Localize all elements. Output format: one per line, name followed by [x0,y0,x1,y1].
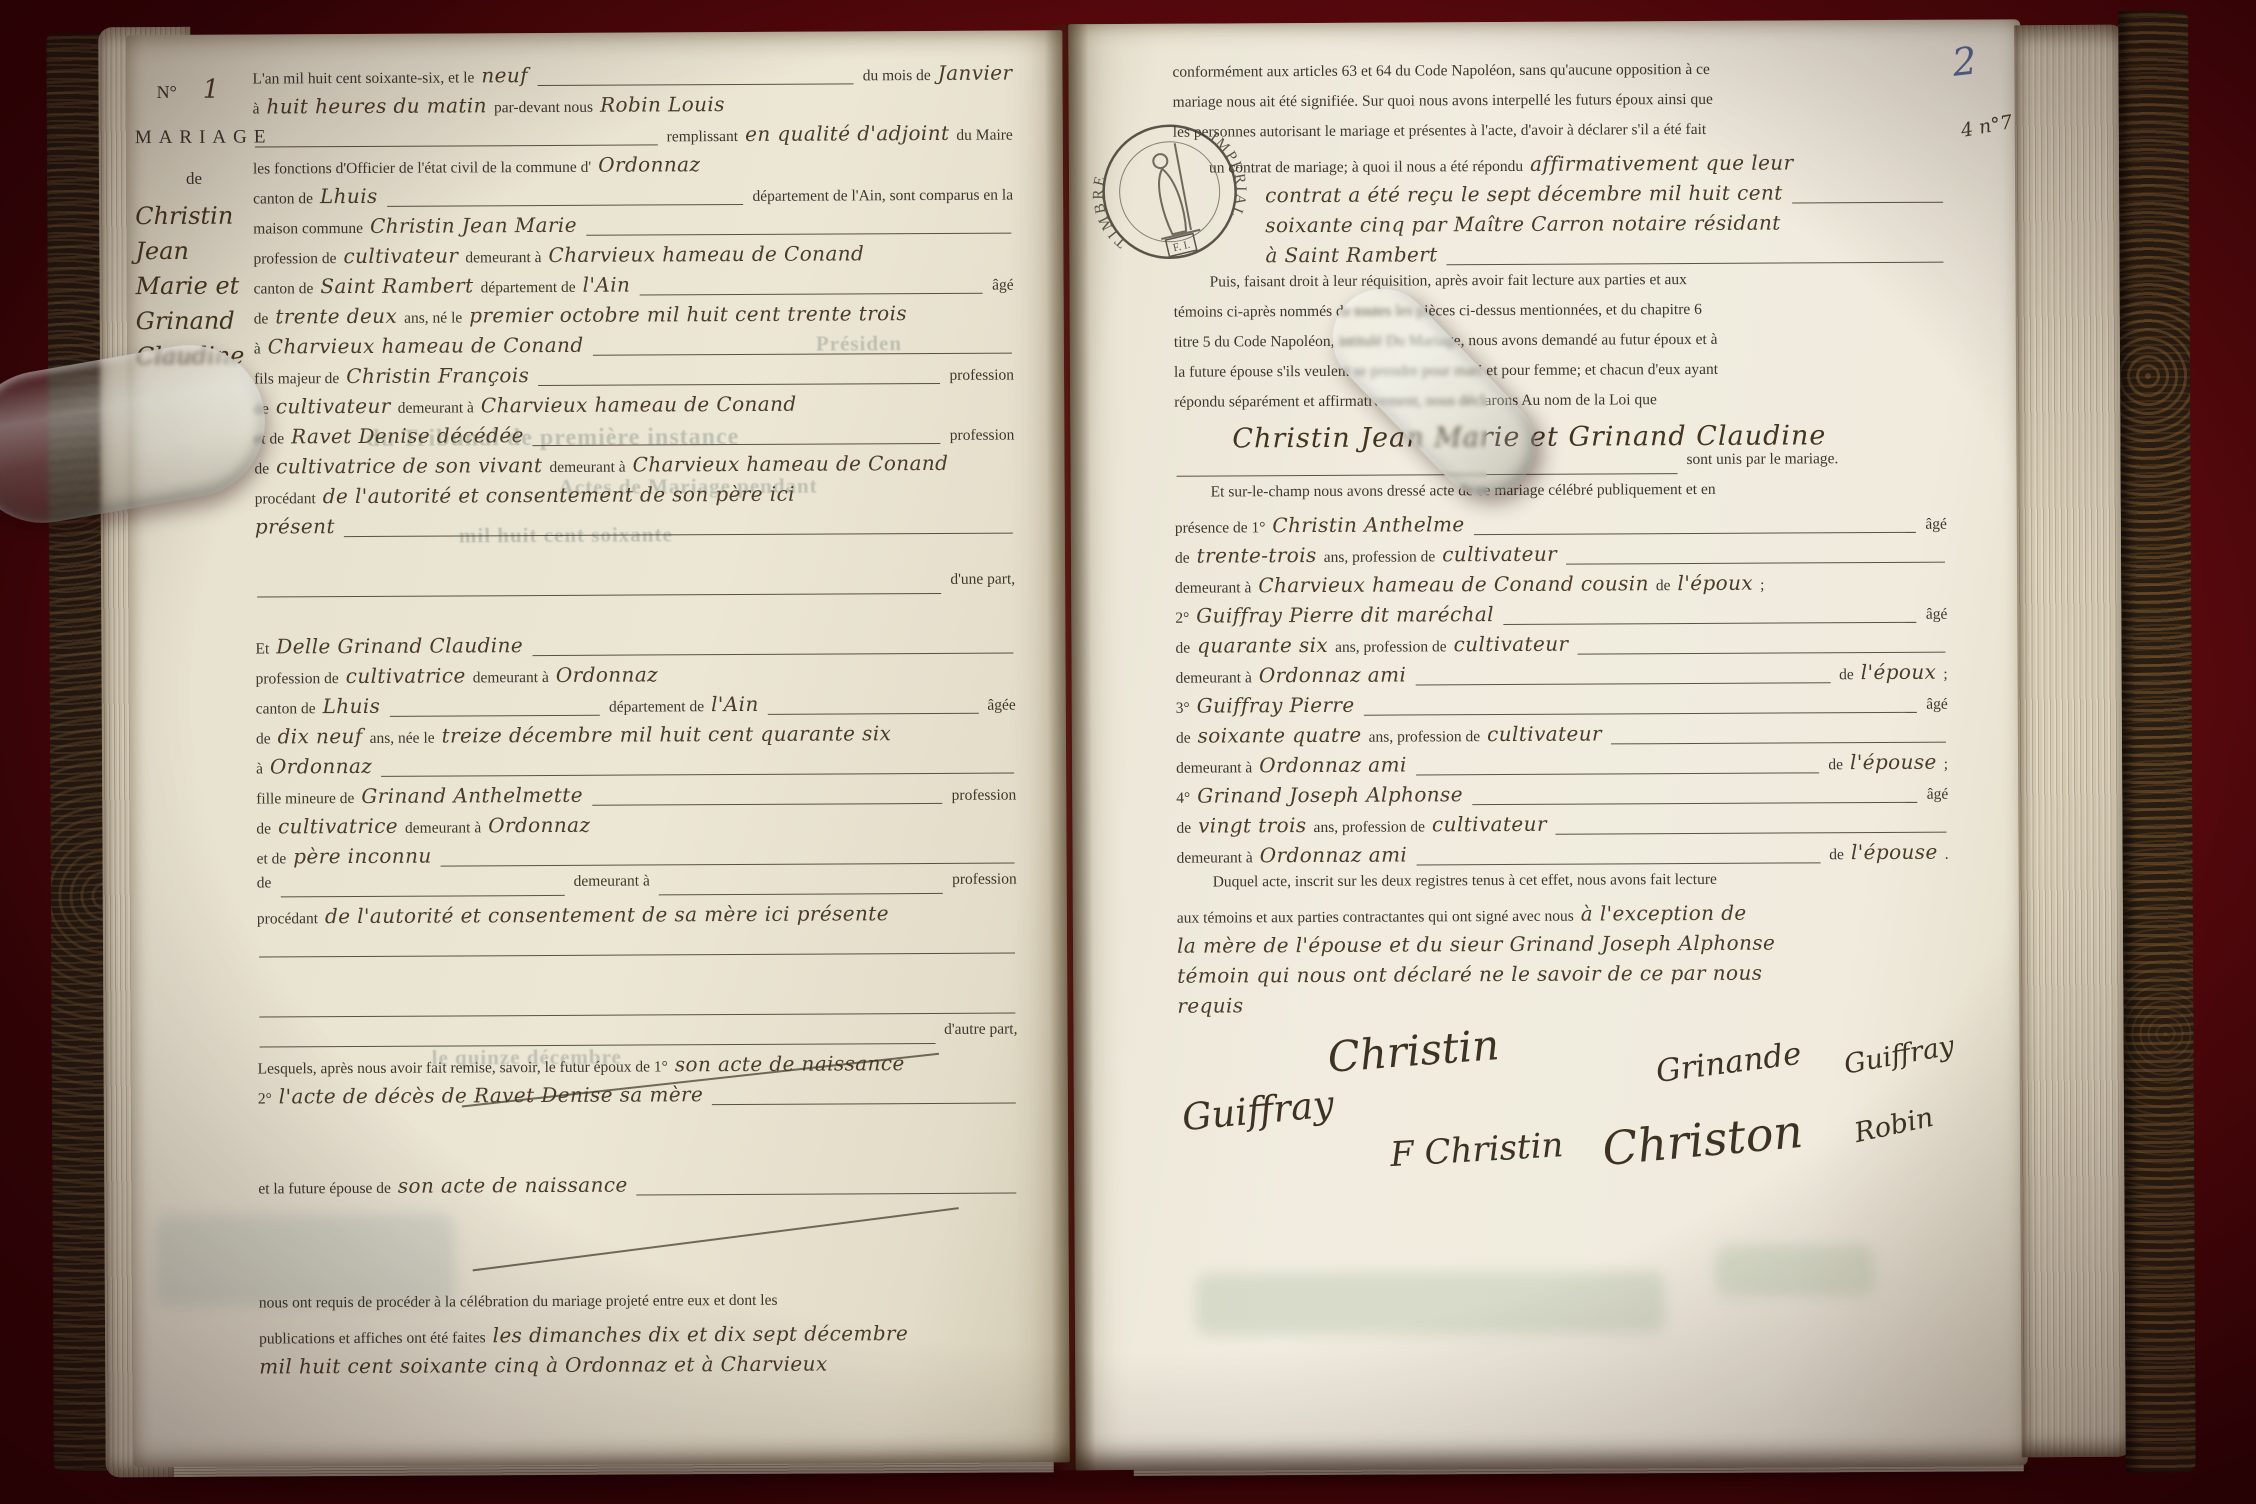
handwritten-text: mil huit cent soixante cinq à Ordonnaz e… [259,1352,827,1379]
printed-text: procédant [257,910,318,928]
printed-text: département de l'Ain, sont comparus en l… [752,187,1013,206]
handwritten-text: Lhuis [323,694,381,718]
printed-text: publications et affiches ont été faites [259,1329,486,1348]
printed-text: nous ont requis de procéder à la célébra… [259,1292,778,1313]
form-line: 4°Grinand Joseph Alphonseâgé [1176,780,1948,814]
handwritten-text: la mère de l'épouse et du sieur Grinand … [1177,931,1775,958]
printed-text: âgé [1925,516,1947,534]
printed-text: 4° [1176,790,1190,808]
ruled-blank [1792,202,1943,204]
handwritten-text: à l'exception de [1581,901,1747,926]
printed-text: fille mineure de [256,790,354,809]
form-line: decultivatricedemeurant àOrdonnaz [256,811,1016,845]
printed-text: ; [1760,577,1764,595]
register-book: N°1 MARIAGE de Christin JeanMarie etGrin… [46,10,2196,1487]
printed-text: Duquel acte, inscrit sur les deux regist… [1213,871,1717,892]
printed-text: à [254,340,261,358]
printed-text: demeurant à [1177,849,1253,867]
form-line: demeurant àOrdonnaz amidel'épouse; [1176,750,1948,784]
form-line: àCharvieux hameau de Conand [254,331,1014,365]
form-line: fils majeur deChristin Françoisprofessio… [254,361,1014,395]
printed-text: . [1945,846,1949,864]
form-line-spacer [258,1141,1018,1175]
act-subtitle: de [135,169,253,190]
form-line: dedix neufans, née letreize décembre mil… [256,721,1016,755]
right-page-lines: conformément aux articles 63 et 64 du Co… [1172,60,1949,1024]
ruled-blank [532,653,1013,657]
printed-text: de [1176,820,1191,838]
printed-text: et la future épouse de [258,1180,391,1199]
handwritten-text: Ordonnaz [488,813,590,838]
handwritten-text: cultivateur [1453,632,1568,657]
handwritten-text: l'Ain [583,273,631,297]
form-line: les fonctions d'Officier de l'état civil… [253,151,1013,185]
handwritten-text: témoin qui nous ont déclaré ne le savoir… [1177,961,1762,988]
form-line: decultivateurdemeurant àCharvieux hameau… [254,391,1014,425]
handwritten-text: Christin Jean Marie [370,213,577,238]
signature: Guiffray [1842,1030,1957,1080]
handwritten-text: Christin Anthelme [1272,512,1464,537]
book-cover-right-edge [2118,10,2196,1472]
form-line: témoins ci-après nommés de toutes les pi… [1174,300,1946,334]
handwritten-text: premier octobre mil huit cent trente tro… [469,301,907,327]
ruled-blank [344,533,1013,538]
handwritten-text: contrat a été reçu le sept décembre mil … [1265,181,1783,208]
handwritten-text: les dimanches dix et dix sept décembre [493,1321,909,1347]
printed-text: ; [1944,756,1948,774]
ruled-blank [1177,473,1678,477]
printed-text: L'an mil huit cent soixante-six, et le [252,69,474,88]
ruled-blank [1415,682,1830,685]
ruled-blank [381,773,1014,777]
handwritten-text: quarante six [1197,633,1328,658]
printed-text: 2° [258,1090,272,1108]
form-line-spacer [258,1201,1018,1235]
printed-text: 2° [1175,610,1189,628]
printed-text: canton de [253,190,313,208]
handwritten-text: l'épouse [1851,840,1938,864]
printed-text: demeurant à [1175,579,1251,597]
form-line: mil huit cent soixante cinq à Ordonnaz e… [259,1351,1019,1385]
act-party-name: Christin Jean [135,199,253,270]
form-line: nous ont requis de procéder à la célébra… [259,1291,1019,1325]
handwritten-text: Ordonnaz ami [1260,843,1408,868]
form-line: desoixante quatreans, profession deculti… [1176,720,1948,754]
printed-text: ans, né le [404,309,462,327]
handwritten-text: Lhuis [320,184,378,208]
handwritten-text: présent [255,514,335,538]
form-line: témoin qui nous ont déclaré ne le savoir… [1177,960,1949,994]
printed-text: département de [481,279,576,297]
printed-text: demeurant à [398,399,474,417]
form-line: présence de 1°Christin Anthelmeâgé [1175,510,1947,544]
form-line: maison communeChristin Jean Marie [253,211,1013,245]
printed-text: présence de 1° [1175,519,1266,537]
form-line: aux témoins et aux parties contractantes… [1177,900,1949,934]
printed-text: âgé [1926,696,1948,714]
handwritten-text: l'Ain [711,692,759,716]
form-line: profession decultivatricedemeurant àOrdo… [256,661,1016,695]
form-line: procédantde l'autorité et consentement d… [255,481,1015,515]
form-line: mariage nous ait été signifiée. Sur quoi… [1173,90,1945,124]
signature: Robin [1852,1102,1937,1149]
form-line: fille mineure deGrinand Anthelmetteprofe… [256,781,1016,815]
ruled-blank [592,803,943,806]
printed-text: remplissant [667,128,739,146]
printed-text: d'autre part, [944,1021,1017,1039]
printed-text: du mois de [863,67,931,85]
printed-text: de [1829,846,1844,864]
printed-text: canton de [254,280,314,298]
ruled-blank [259,953,1015,958]
printed-text: ; [1943,666,1947,684]
form-line: Duquel acte, inscrit sur les deux regist… [1177,870,1949,904]
printed-text: ans, profession de [1335,638,1447,657]
form-line: profession decultivateurdemeurant àCharv… [253,241,1013,275]
printed-text: de [256,730,271,748]
ruled-blank [255,144,658,147]
printed-text: maison commune [253,220,363,239]
ruled-blank [259,1013,1015,1018]
form-line: EtDelle Grinand Claudine [255,631,1015,665]
printed-text: ans, née le [370,730,435,748]
printed-text: profession de [256,670,339,688]
printed-text: sont unis par le mariage. [1686,450,1838,469]
form-line: àhuit heures du matinpar-devant nousRobi… [253,91,1013,125]
ruled-blank [712,1103,1016,1106]
signature: Christon [1600,1104,1805,1176]
form-line: devingt troisans, profession decultivate… [1176,810,1948,844]
handwritten-text: Charvieux hameau de Conand [268,333,584,359]
printed-text: département de [609,698,704,716]
handwritten-text: Robin Louis [600,92,725,117]
ruled-blank [586,233,1011,236]
form-line: Puis, faisant droit à leur réquisition, … [1174,270,1946,304]
handwritten-text: cultivateur [1442,542,1557,567]
handwritten-text: l'époux [1677,571,1753,595]
printed-text: demeurant à [549,459,625,477]
handwritten-text: cultivatrice [278,814,398,839]
act-title: MARIAGE [135,127,253,150]
printed-text: de [256,820,271,838]
form-line: canton deSaint Rambertdépartement del'Ai… [254,271,1014,305]
form-line: publications et affiches ont été faitesl… [259,1321,1019,1355]
handwritten-text: l'époux [1861,660,1937,684]
printed-text: de [1175,640,1190,658]
form-line: demeurant àOrdonnaz amidel'épouse. [1176,840,1948,874]
handwritten-text: dix neuf [278,724,363,748]
ruled-blank [1364,712,1918,716]
printed-text: aux témoins et aux parties contractantes… [1177,908,1574,928]
ruled-blank [637,1193,1017,1196]
printed-text: demeurant à [574,872,650,890]
printed-text: demeurant à [465,249,541,267]
act-margin-column: N°1 MARIAGE de Christin JeanMarie etGrin… [134,75,254,375]
form-line-spacer [257,961,1017,995]
handwritten-text: l'épouse [1850,750,1937,774]
form-line: canton deLhuisdépartement del'Ainâgée [256,691,1016,725]
printed-text: par-devant nous [494,99,593,118]
ruled-blank [537,83,854,86]
handwritten-text: Charvieux hameau de Conand [633,451,949,477]
form-line: canton deLhuisdépartement de l'Ain, sont… [253,181,1013,215]
form-line: d'autre part, [257,1021,1017,1055]
handwritten-text: cultivateur [276,394,391,419]
form-line: et la future épouse deson acte de naissa… [258,1171,1018,1205]
handwritten-text: son acte de naissance [398,1173,628,1198]
form-line: Christin Jean Marie et Grinand Claudine [1174,420,1946,454]
form-line: la mère de l'épouse et du sieur Grinand … [1177,930,1949,964]
ruled-blank [1577,652,1945,655]
form-line: et depère inconnu [256,841,1016,875]
signature: F Christin [1389,1125,1564,1175]
printed-text: procédant [255,490,316,508]
ink-smudge [1715,1244,1875,1297]
form-line: detrente-troisans, profession decultivat… [1175,540,1947,574]
form-line: dedemeurant àprofession [257,871,1017,905]
handwritten-text: Christin François [346,363,529,388]
act-party-name: Marie et [135,269,253,305]
printed-text: demeurant à [405,819,481,837]
printed-text: de [1175,550,1190,568]
printed-text: profession de [253,250,336,268]
handwritten-text: requis [1177,993,1243,1017]
handwritten-text: Grinand Joseph Alphonse [1197,782,1463,807]
form-line: à Saint Rambert [1173,240,1945,274]
handwritten-text: son acte de naissance [675,1051,905,1076]
stamp-arc-left-text: TIMBRE [1084,168,1132,255]
printed-text: de [1176,730,1191,748]
right-page: 2 4 n°7 TIMBRE IMPÉRIAL [1068,19,2028,1470]
printed-text: demeurant à [1176,759,1252,777]
handwritten-text: père inconnu [293,844,431,869]
handwritten-text: affirmativement que leur [1530,150,1793,175]
ruled-blank [533,443,941,446]
form-line: remplissanten qualité d'adjointdu Maire [253,121,1013,155]
form-line: et deRavet Denise décédéeprofession [254,421,1014,455]
printed-text: ans, profession de [1369,728,1481,747]
ruled-blank [1474,532,1917,535]
form-line: àOrdonnaz [256,751,1016,785]
form-line: dequarante sixans, profession decultivat… [1175,630,1947,664]
handwritten-text: cultivatrice de son vivant [276,453,542,478]
page-folio-number: 2 [1950,38,1979,84]
handwritten-text: cultivateur [1432,812,1547,837]
margin-note: 4 n°7 [1959,111,2014,142]
form-line: un contrat de mariage; à quoi il nous a … [1173,150,1945,184]
ruled-blank [1566,562,1945,565]
handwritten-text: Ordonnaz ami [1259,753,1407,778]
handwritten-text: Ordonnaz [556,662,658,687]
ruled-blank [280,895,564,897]
right-page-form: conformément aux articles 63 et 64 du Co… [1172,60,1950,1240]
form-line: decultivatrice de son vivantdemeurant àC… [254,451,1014,485]
handwritten-text: Ordonnaz [598,152,700,177]
handwritten-text: huit heures du matin [266,93,487,118]
form-line: procédantde l'autorité et consentement d… [257,901,1017,935]
handwritten-text: Charvieux hameau de Conand [548,241,864,267]
svg-text:TIMBRE: TIMBRE [1084,168,1132,255]
handwritten-text: Janvier [938,61,1013,85]
act-number-value: 1 [177,75,220,105]
form-line: demeurant àOrdonnaz amidel'époux; [1176,660,1948,694]
ruled-blank [1503,622,1917,625]
handwritten-text: à Saint Rambert [1265,242,1437,267]
handwritten-text: cultivateur [1487,721,1602,746]
form-line-spacer [258,1111,1018,1145]
ruled-blank [260,1043,936,1048]
printed-text: du Maire [956,127,1012,145]
printed-text: de [1839,666,1854,684]
printed-text: de [1656,577,1671,595]
handwritten-text: Guiffray Pierre [1197,693,1355,718]
printed-text: demeurant à [1176,669,1252,687]
ruled-blank [1611,742,1946,745]
handwritten-text: vingt trois [1198,813,1307,838]
printed-text: un contrat de mariage; à quoi il nous a … [1209,158,1523,178]
handwritten-text: Ordonnaz ami [1259,663,1407,688]
ruled-blank [768,713,979,715]
ruled-blank [1472,802,1918,805]
form-line: titre 5 du Code Napoléon, intitulé Du Ma… [1174,330,1946,364]
ruled-blank [1416,862,1820,865]
printed-text: âgé [1927,786,1949,804]
ruled-blank [659,893,943,895]
photo-background: N°1 MARIAGE de Christin JeanMarie etGrin… [0,0,2256,1504]
printed-text: ans, profession de [1324,548,1436,567]
handwritten-text: cultivatrice [346,663,466,688]
handwritten-text: trente deux [275,304,397,329]
form-line: soixante cinq par Maître Carron notaire … [1173,210,1945,244]
left-page-form: L'an mil huit cent soixante-six, et lene… [252,61,1019,1385]
ink-smudge [1195,1271,1665,1335]
form-line: les personnes autorisant le mariage et p… [1173,120,1945,154]
printed-text: demeurant à [473,669,549,687]
left-page: N°1 MARIAGE de Christin JeanMarie etGrin… [126,30,1069,1467]
ruled-blank [441,863,1015,867]
printed-text: canton de [256,700,316,718]
printed-text: ans, profession de [1313,818,1425,837]
printed-text: Et [255,640,269,658]
form-line: contrat a été reçu le sept décembre mil … [1173,180,1945,214]
form-line: conformément aux articles 63 et 64 du Co… [1172,60,1944,94]
printed-text: les personnes autorisant le mariage et p… [1173,121,1707,142]
ruled-blank [593,353,1012,356]
handwritten-text: soixante quatre [1198,723,1362,748]
form-line-spacer [259,1261,1019,1295]
form-line: présent [255,511,1015,545]
printed-text: les fonctions d'Officier de l'état civil… [253,159,591,179]
printed-text: âgé [1926,606,1948,624]
ruled-blank [389,715,600,717]
form-line: detrente deuxans, né lepremier octobre m… [254,301,1014,335]
form-line: requis [1177,990,1949,1024]
handwritten-text: Delle Grinand Claudine [276,633,523,658]
printed-text: d'une part, [950,571,1015,589]
handwritten-text: treize décembre mil huit cent quarante s… [442,721,892,747]
handwritten-text: Grinand Anthelmette [361,783,583,808]
printed-text: profession [952,787,1017,805]
printed-text: de [1828,756,1843,774]
handwritten-text: Guiffray Pierre dit maréchal [1196,602,1494,628]
handwritten-text: soixante cinq par Maître Carron notaire … [1265,211,1781,238]
handwritten-text: neuf [481,63,528,87]
form-line [257,991,1017,1025]
ruled-blank [1556,832,1947,835]
page-stack-right-edge [2014,25,2133,1458]
form-line: 3°Guiffray Pierreâgé [1176,690,1948,724]
ruled-blank [639,293,983,296]
form-line: la future épouse s'ils veulent se prendr… [1174,360,1946,394]
printed-text: de [254,460,269,478]
printed-text: profession [952,871,1017,889]
ruled-blank [1447,262,1944,266]
signature: Grinande [1654,1036,1803,1090]
handwritten-text: Charvieux hameau de Conand cousin [1258,571,1649,597]
handwritten-text: Saint Rambert [320,273,473,298]
handwritten-text: cultivateur [343,243,458,268]
handwritten-text: Charvieux hameau de Conand [481,392,797,418]
printed-text: témoins ci-après nommés de toutes les pi… [1174,301,1702,322]
form-line: L'an mil huit cent soixante-six, et lene… [252,61,1012,95]
signature-block: ChristinGrinandeGuiffrayGuiffrayF Christ… [1177,1022,1950,1240]
form-line: d'une part, [255,571,1015,605]
printed-text: 3° [1176,700,1190,718]
ruled-blank [257,593,941,598]
form-line: Et sur-le-champ nous avons dressé acte d… [1175,480,1947,514]
printed-text: âgé [992,277,1014,295]
form-line-spacer [255,541,1015,575]
printed-text: conformément aux articles 63 et 64 du Co… [1172,61,1709,82]
act-party-name: Grinand [136,304,254,340]
handwritten-text: de l'autorité et consentement de sa mère… [325,901,889,928]
act-number-label: N° [156,82,176,102]
ruled-blank [1416,772,1820,775]
form-line: demeurant àCharvieux hameau de Conand co… [1175,570,1947,604]
printed-text: de [257,874,272,892]
ruled-blank [387,204,744,207]
handwritten-text: Ordonnaz [270,754,372,779]
printed-text: Puis, faisant droit à leur réquisition, … [1210,271,1687,291]
printed-text: à [253,101,260,119]
form-line [257,931,1017,965]
handwritten-text: de l'autorité et consentement de son pèr… [323,482,795,508]
printed-text: à [256,760,263,778]
signature: Christin [1326,1020,1501,1082]
printed-text: fils majeur de [254,370,339,388]
form-line: répondu séparément et affirmativement, n… [1174,390,1946,424]
handwritten-text: trente-trois [1197,543,1317,568]
form-line: 2°Guiffray Pierre dit maréchalâgé [1175,600,1947,634]
printed-text: profession [950,427,1015,445]
act-number: N°1 [134,75,252,106]
printed-text: profession [949,367,1014,385]
signature: Guiffray [1180,1082,1335,1139]
handwritten-text: en qualité d'adjoint [745,121,949,146]
handwritten-text: Ravet Denise décédée [291,423,524,448]
form-line-spacer [255,601,1015,635]
printed-text: Lesquels, après nous avoir fait remise, … [258,1058,668,1078]
printed-text: mariage nous ait été signifiée. Sur quoi… [1173,91,1713,112]
printed-text: âgée [987,697,1015,715]
printed-text: de [254,310,269,328]
printed-text: et de [257,850,287,868]
ruled-blank [538,383,940,386]
